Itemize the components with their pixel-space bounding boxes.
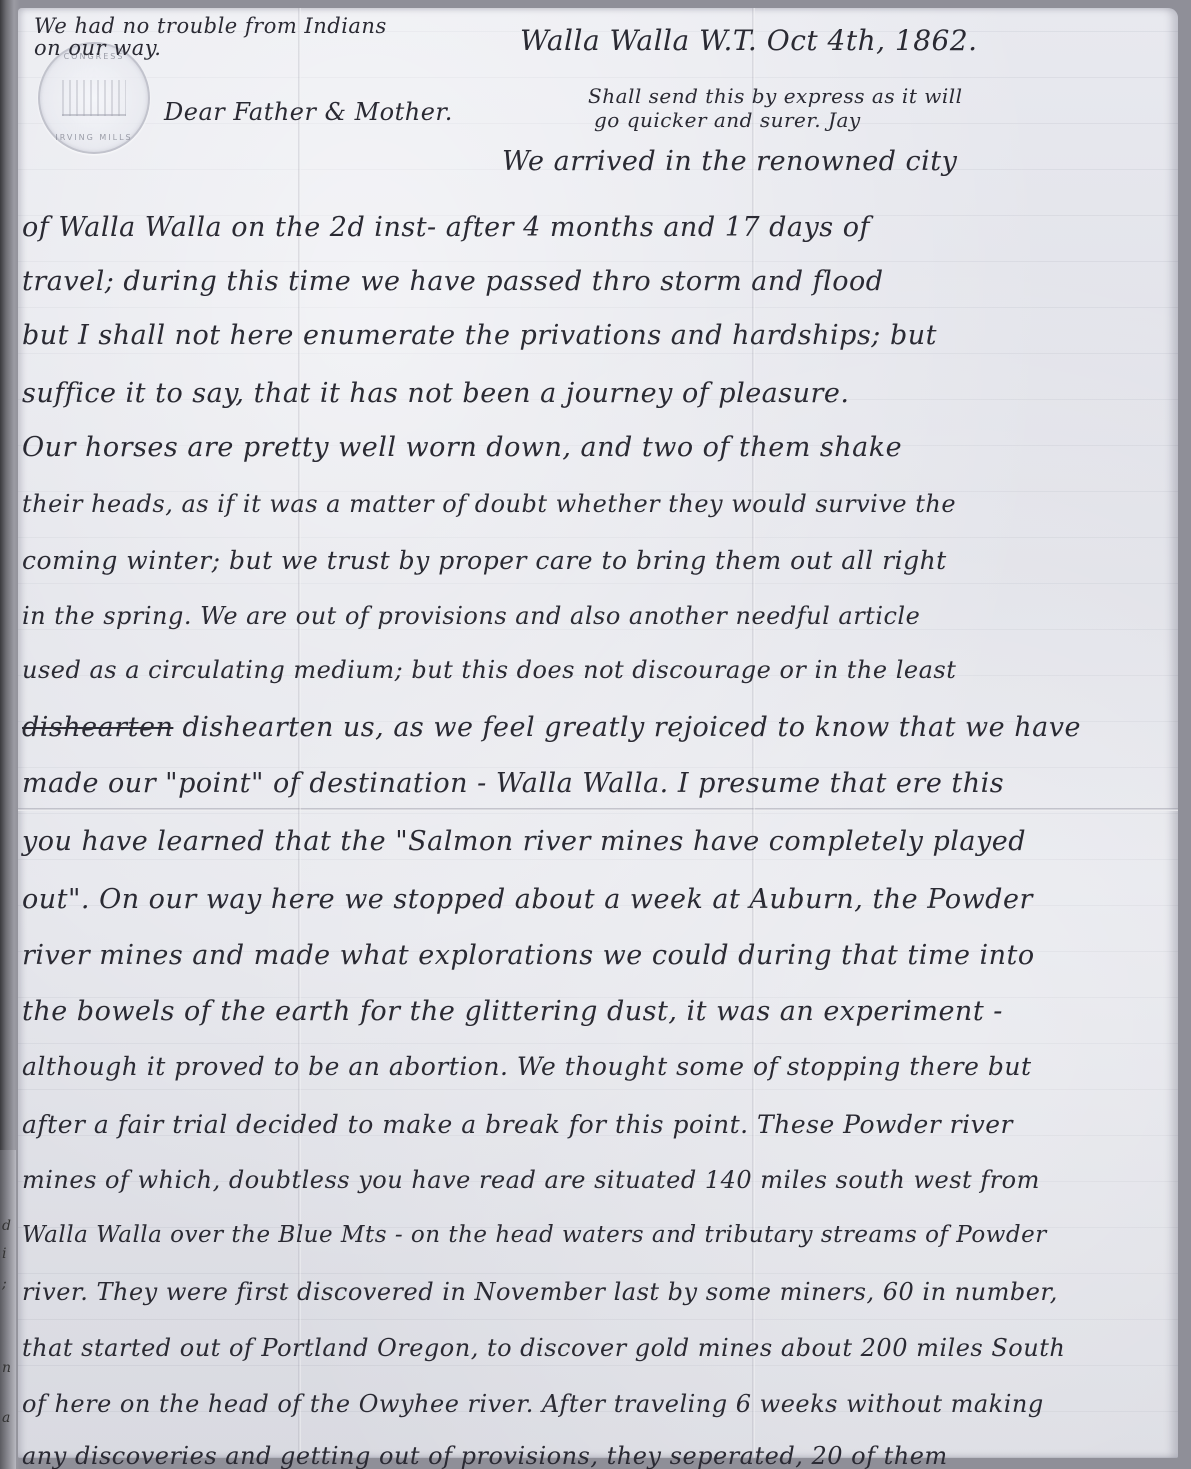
body-line: in the spring. We are out of provisions …	[22, 602, 920, 630]
dateline: Walla Walla W.T. Oct 4th, 1862.	[520, 24, 978, 57]
body-line: coming winter; but we trust by proper ca…	[22, 546, 947, 575]
body-line: of here on the head of the Owyhee river.…	[22, 1390, 1044, 1418]
body-line-with-strikeout: dishearten dishearten us, as we feel gre…	[22, 712, 1081, 743]
body-line: out". On our way here we stopped about a…	[22, 884, 1033, 915]
horizontal-fold-crease	[18, 808, 1178, 811]
body-line: travel; during this time we have passed …	[22, 266, 884, 297]
body-line: suffice it to say, that it has not been …	[22, 378, 850, 409]
side-note-line: go quicker and surer. Jay	[594, 108, 861, 132]
margin-fragment: ;	[2, 1276, 7, 1292]
margin-fragment: n	[2, 1360, 11, 1376]
body-line: although it proved to be an abortion. We…	[22, 1052, 1032, 1081]
body-line: the bowels of the earth for the glitteri…	[22, 996, 1003, 1027]
body-line: river. They were first discovered in Nov…	[22, 1278, 1058, 1306]
body-line: of Walla Walla on the 2d inst- after 4 m…	[22, 212, 870, 243]
body-line: Our horses are pretty well worn down, an…	[22, 432, 902, 463]
body-line: used as a circulating medium; but this d…	[22, 656, 956, 684]
body-line: any discoveries and getting out of provi…	[22, 1442, 948, 1469]
salutation: Dear Father & Mother.	[164, 98, 453, 126]
body-line: you have learned that the "Salmon river …	[22, 826, 1026, 857]
side-note-line: Shall send this by express as it will	[588, 84, 963, 108]
margin-fragment: a	[2, 1410, 10, 1426]
margin-fragment: d	[2, 1218, 11, 1234]
building-icon	[62, 80, 126, 116]
body-line: We arrived in the renowned city	[502, 146, 957, 177]
body-line: after a fair trial decided to make a bre…	[22, 1110, 1013, 1139]
body-line-text: dishearten us, as we feel greatly rejoic…	[182, 712, 1080, 743]
seal-bottom-text: IRVING MILLS	[40, 133, 148, 142]
struck-word: dishearten	[22, 712, 173, 743]
body-line: Walla Walla over the Blue Mts - on the h…	[22, 1222, 1047, 1248]
postscript-line: We had no trouble from Indians	[34, 14, 387, 38]
body-line: mines of which, doubtless you have read …	[22, 1166, 1040, 1194]
body-line: river mines and made what explorations w…	[22, 940, 1035, 971]
body-line: made our "point" of destination - Walla …	[22, 768, 1004, 799]
body-line: but I shall not here enumerate the priva…	[22, 320, 937, 351]
body-line: that started out of Portland Oregon, to …	[22, 1334, 1065, 1362]
margin-fragment: i	[2, 1246, 6, 1262]
body-line: their heads, as if it was a matter of do…	[22, 490, 956, 518]
postscript-line: on our way.	[34, 36, 161, 60]
